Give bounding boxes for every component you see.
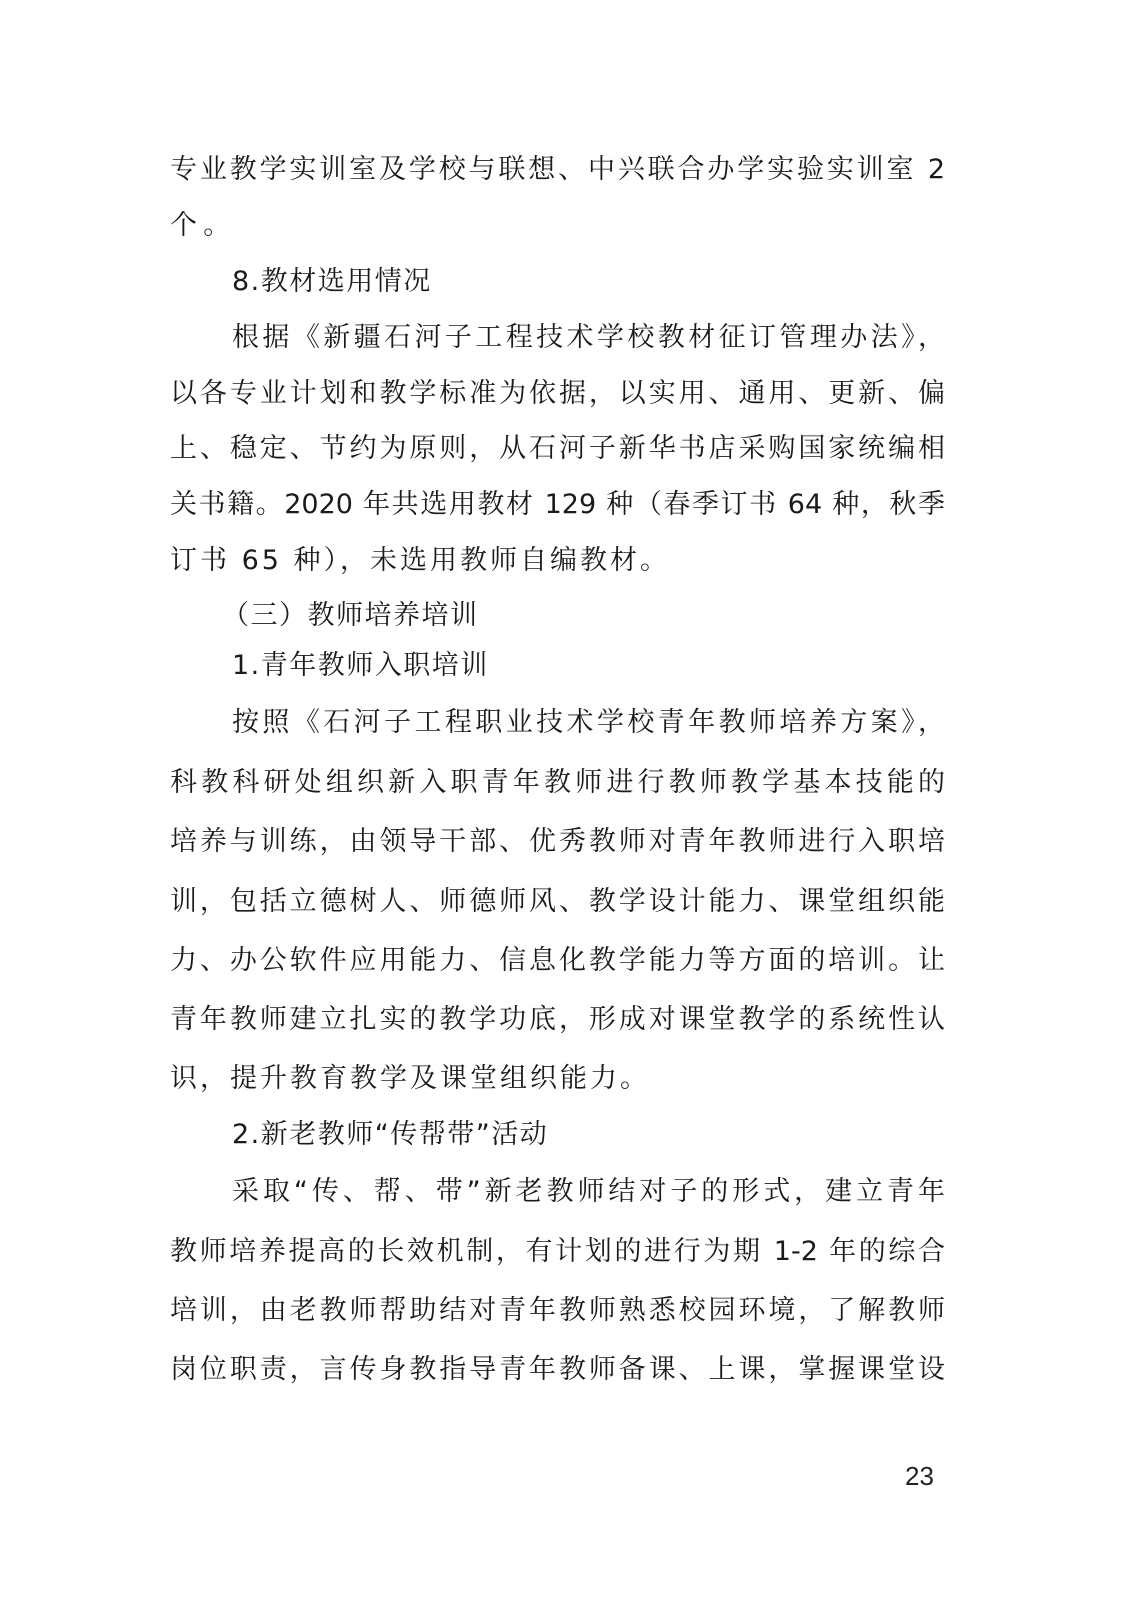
subsection-heading: 2.新老教师“传帮带”活动 (232, 1117, 1007, 1153)
paragraph-line: 岗位职责，言传身教指导青年教师备课、上课，掌握课堂设 (170, 1352, 945, 1388)
paragraph-line: 专业教学实训室及学校与联想、中兴联合办学实验实训室 2 (170, 152, 945, 188)
subsection-heading: 8.教材选用情况 (232, 264, 1007, 300)
paragraph-line: 力、办公软件应用能力、信息化教学能力等方面的培训。让 (170, 943, 945, 979)
paragraph-line: 采取“传、帮、带”新老教师结对子的形式，建立青年 (232, 1174, 945, 1210)
paragraph-line: 个。 (170, 208, 945, 244)
section-heading: （三）教师培养培训 (222, 598, 997, 634)
paragraph-line: 根据《新疆石河子工程技术学校教材征订管理办法》， (232, 320, 945, 356)
paragraph-line: 培养与训练，由领导干部、优秀教师对青年教师进行入职培 (170, 824, 945, 860)
paragraph-line: 识，提升教育教学及课堂组织能力。 (170, 1061, 945, 1097)
paragraph-line: 教师培养提高的长效机制，有计划的进行为期 1-2 年的综合 (170, 1234, 945, 1270)
paragraph-line: 青年教师建立扎实的教学功底，形成对课堂教学的系统性认 (170, 1002, 945, 1038)
paragraph-line: 关书籍。2020 年共选用教材 129 种（春季订书 64 种，秋季 (170, 487, 945, 523)
paragraph-line: 订书 65 种），未选用教师自编教材。 (170, 543, 945, 579)
paragraph-line: 训，包括立德树人、师德师风、教学设计能力、课堂组织能 (170, 884, 945, 920)
paragraph-line: 上、稳定、节约为原则，从石河子新华书店采购国家统编相 (170, 431, 945, 467)
subsection-heading: 1.青年教师入职培训 (232, 648, 1007, 684)
paragraph-line: 以各专业计划和教学标准为依据，以实用、通用、更新、偏 (170, 376, 945, 412)
document-page: 专业教学实训室及学校与联想、中兴联合办学实验实训室 2 个。 8.教材选用情况 … (0, 0, 1131, 1600)
paragraph-line: 按照《石河子工程职业技术学校青年教师培养方案》， (232, 705, 945, 741)
paragraph-line: 科教科研处组织新入职青年教师进行教师教学基本技能的 (170, 765, 945, 801)
paragraph-line: 培训，由老教师帮助结对青年教师熟悉校园环境，了解教师 (170, 1293, 945, 1329)
page-number: 23 (905, 1460, 934, 1492)
